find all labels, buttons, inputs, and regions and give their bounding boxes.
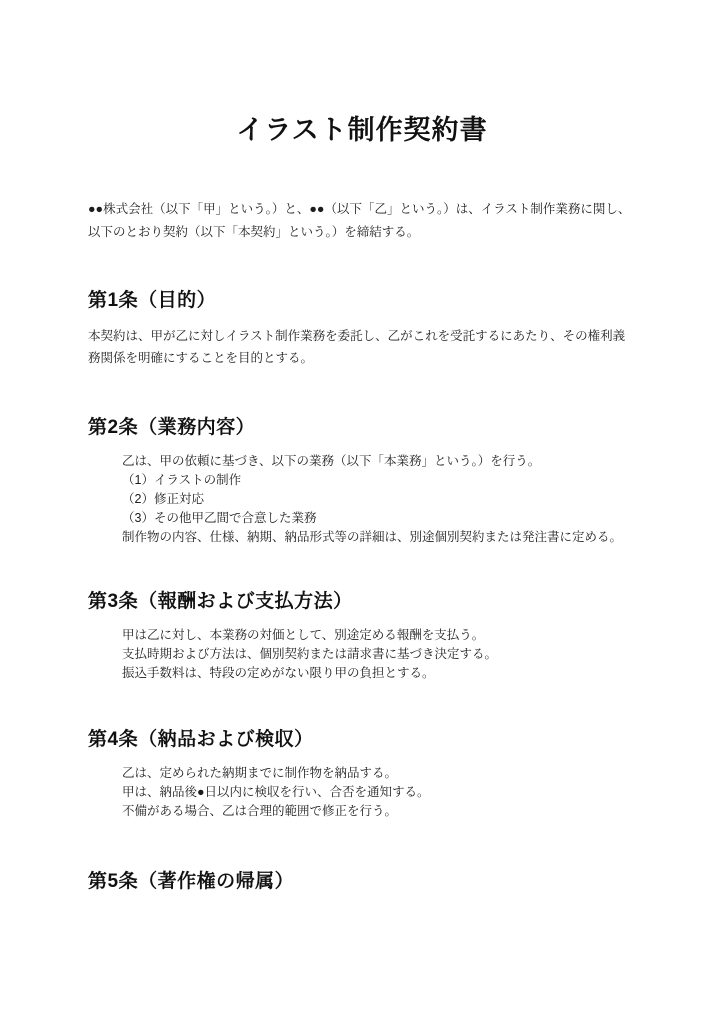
intro-paragraph: ●●株式会社（以下「甲」という。）と、●●（以下「乙」という。）は、イラスト制作…: [88, 198, 636, 244]
article-3-body: 甲は乙に対し、本業務の対価として、別途定める報酬を支払う。 支払時期および方法は…: [122, 626, 636, 683]
article-2-list-item-3: （3）その他甲乙間で合意した業務: [122, 509, 636, 528]
article-1-body: 本契約は、甲が乙に対しイラスト制作業務を委託し、乙がこれを受託するにあたり、その…: [88, 325, 636, 369]
contract-document-page: イラスト制作契約書 ●●株式会社（以下「甲」という。）と、●●（以下「乙」という…: [0, 0, 724, 1024]
article-2-heading: 第2条（業務内容）: [88, 415, 636, 441]
document-title: イラスト制作契約書: [88, 112, 636, 148]
article-4-body: 乙は、定められた納期までに制作物を納品する。 甲は、納品後●日以内に検収を行い、…: [122, 764, 636, 821]
article-2-list-item-1: （1）イラストの制作: [122, 471, 636, 490]
article-2: 第2条（業務内容） 乙は、甲の依頼に基づき、以下の業務（以下「本業務」という。）…: [88, 415, 636, 547]
article-4-line-2: 甲は、納品後●日以内に検収を行い、合否を通知する。: [122, 783, 636, 802]
article-1: 第1条（目的） 本契約は、甲が乙に対しイラスト制作業務を委託し、乙がこれを受託す…: [88, 288, 636, 369]
article-3-line-3: 振込手数料は、特段の定めがない限り甲の負担とする。: [122, 664, 636, 683]
article-1-heading: 第1条（目的）: [88, 288, 636, 314]
article-2-body: 乙は、甲の依頼に基づき、以下の業務（以下「本業務」という。）を行う。 （1）イラ…: [122, 452, 636, 547]
article-1-line-1: 本契約は、甲が乙に対しイラスト制作業務を委託し、乙がこれを受託するにあたり、その…: [88, 325, 636, 369]
article-3-line-1: 甲は乙に対し、本業務の対価として、別途定める報酬を支払う。: [122, 626, 636, 645]
article-2-line-5: 制作物の内容、仕様、納期、納品形式等の詳細は、別途個別契約または発注書に定める。: [122, 528, 636, 547]
article-3: 第3条（報酬および支払方法） 甲は乙に対し、本業務の対価として、別途定める報酬を…: [88, 589, 636, 683]
article-4: 第4条（納品および検収） 乙は、定められた納期までに制作物を納品する。 甲は、納…: [88, 727, 636, 821]
article-5: 第5条（著作権の帰属）: [88, 869, 636, 895]
article-5-heading: 第5条（著作権の帰属）: [88, 869, 636, 895]
article-4-line-3: 不備がある場合、乙は合理的範囲で修正を行う。: [122, 802, 636, 821]
article-3-line-2: 支払時期および方法は、個別契約または請求書に基づき決定する。: [122, 645, 636, 664]
article-4-line-1: 乙は、定められた納期までに制作物を納品する。: [122, 764, 636, 783]
article-3-heading: 第3条（報酬および支払方法）: [88, 589, 636, 615]
article-2-line-1: 乙は、甲の依頼に基づき、以下の業務（以下「本業務」という。）を行う。: [122, 452, 636, 471]
article-2-list-item-2: （2）修正対応: [122, 490, 636, 509]
article-4-heading: 第4条（納品および検収）: [88, 727, 636, 753]
